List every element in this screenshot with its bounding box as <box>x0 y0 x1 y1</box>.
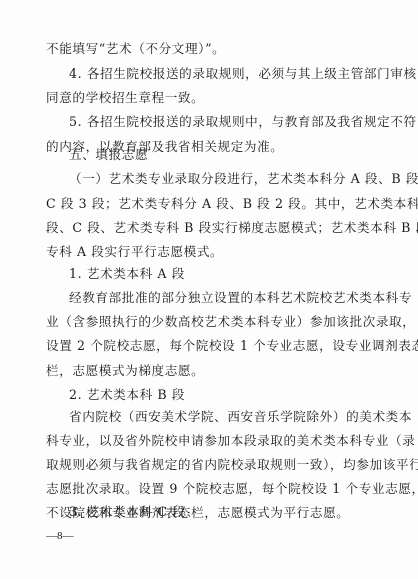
subsection-heading: 3. 艺术类本科 C 段 <box>69 504 389 520</box>
text-line: 专科 A 段实行平行志愿模式。 <box>46 244 366 260</box>
text-line: 5. 各招生院校报送的录取规则中，与教育部及我省规定不符 <box>69 114 389 130</box>
section-heading: 五、填报志愿 <box>69 147 389 163</box>
text-line: 志愿批次录取。设置 9 个院校志愿，每个院校设 1 个专业志愿， <box>46 481 366 497</box>
text-line: 科专业，以及省外院校申请参加本段录取的美术类本科专业（录 <box>46 433 366 449</box>
text-line: 设置 2 个院校志愿，每个院校设 1 个专业志愿，设专业调剂表态 <box>46 338 366 354</box>
text-line: 省内院校（西安美术学院、西安音乐学院除外）的美术类本 <box>69 409 389 425</box>
subsection-heading: 2. 艺术类本科 B 段 <box>69 387 389 403</box>
text-line: 取规则必须与我省规定的省内院校录取规则一致），均参加该平行 <box>46 457 366 473</box>
text-line: 不能填写“艺术（不分文理）”。 <box>46 41 366 57</box>
text-line: 经教育部批准的部分独立设置的本科艺术院校艺术类本科专 <box>69 290 389 306</box>
text-line: 栏，志愿模式为梯度志愿。 <box>46 363 366 379</box>
page-number: —8— <box>46 530 74 542</box>
text-line: C 段 3 段；艺术类专科分 A 段、B 段 2 段。其中，艺术类本科 A <box>46 196 366 212</box>
text-line: 同意的学校招生章程一致。 <box>46 90 366 106</box>
text-line: 4. 各招生院校报送的录取规则，必须与其上级主管部门审核 <box>69 66 389 82</box>
text-line: （一）艺术类专业录取分段进行，艺术类本科分 A 段、B 段、 <box>69 171 389 187</box>
text-line: 段、C 段、艺术类专科 B 段实行梯度志愿模式；艺术类本科 B 段、 <box>46 220 366 236</box>
text-line: 业（含参照执行的少数高校艺术类本科专业）参加该批次录取， <box>46 314 366 330</box>
subsection-heading: 1. 艺术类本科 A 段 <box>69 266 389 282</box>
